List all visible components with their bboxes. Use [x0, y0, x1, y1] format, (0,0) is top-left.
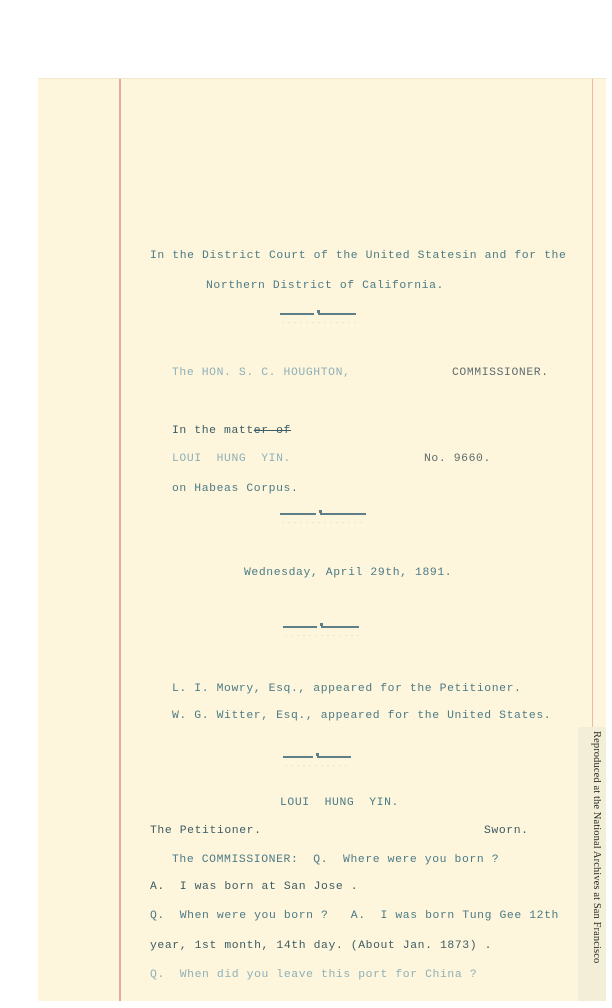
appearance-petitioner: L. I. Mowry, Esq., appeared for the Peti…: [172, 683, 521, 695]
section-separator: [283, 626, 359, 636]
section-separator: [283, 756, 351, 766]
commissioner-title: COMMISSIONER.: [452, 367, 549, 379]
witness-name: LOUI HUNG YIN.: [280, 797, 399, 809]
commissioner-name: The HON. S. C. HOUGHTON,: [172, 367, 350, 379]
case-number: No. 9660.: [424, 453, 491, 465]
testimony-line: year, 1st month, 14th day. (About Jan. 1…: [150, 940, 492, 952]
section-separator: [280, 513, 366, 523]
testimony-line: Q. When did you leave this port for Chin…: [150, 969, 477, 981]
testimony-line: The COMMISSIONER: Q. Where were you born…: [172, 854, 499, 866]
court-heading-line1: In the District Court of the United Stat…: [150, 250, 566, 262]
witness-role: The Petitioner.: [150, 825, 262, 837]
matter-prefix: In the matt: [172, 425, 254, 437]
archive-stamp-text: Reproduced at the National Archives at S…: [582, 731, 602, 997]
appearance-united-states: W. G. Witter, Esq., appeared for the Uni…: [172, 710, 551, 722]
petitioner-name: LOUI HUNG YIN.: [172, 453, 291, 465]
left-margin-rule: [119, 79, 121, 1001]
hearing-date: Wednesday, April 29th, 1891.: [244, 567, 452, 579]
habeas-corpus-line: on Habeas Corpus.: [172, 483, 298, 495]
court-heading-line2: Northern District of California.: [206, 280, 444, 292]
witness-sworn: Sworn.: [484, 825, 529, 837]
matter-line: In the matter of: [172, 425, 291, 437]
section-separator: [280, 313, 356, 323]
matter-struck-text: er of: [254, 425, 291, 437]
testimony-line: Q. When were you born ? A. I was born Tu…: [150, 910, 559, 922]
testimony-line: A. I was born at San Jose .: [150, 881, 358, 893]
